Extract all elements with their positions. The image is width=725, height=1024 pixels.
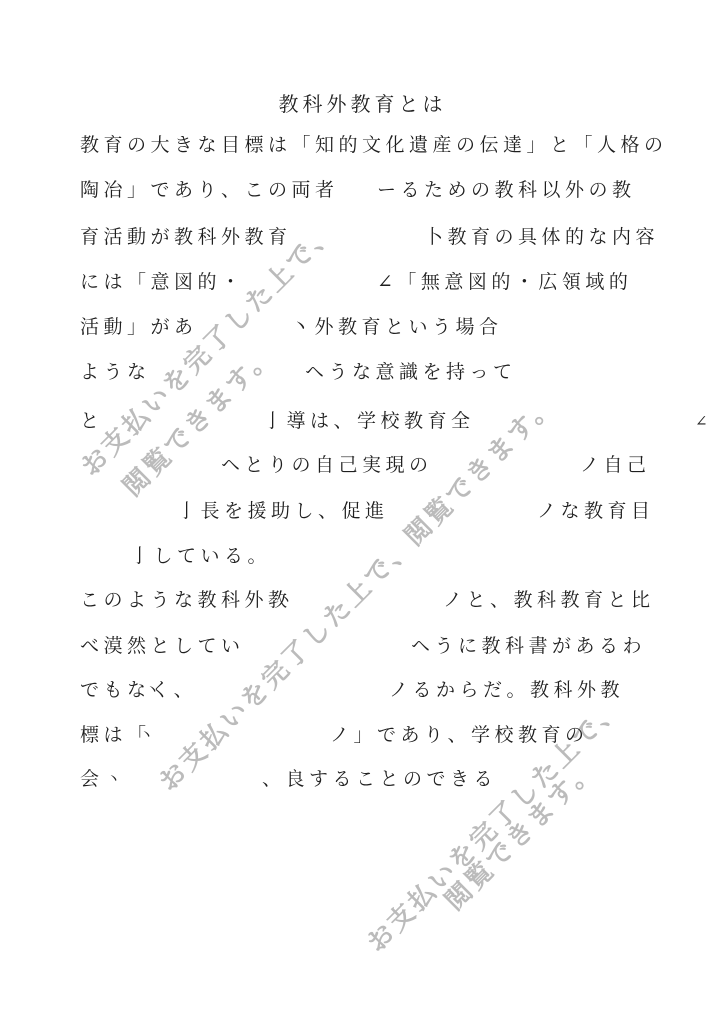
text-line-fragment: このような教科外教 (80, 590, 292, 612)
text-line-fragment: 亅導は、学校教育全 (263, 411, 475, 433)
text-line-fragment: ヘとりの自己実現の (221, 455, 433, 477)
text-line-fragment: ∠「無意図的・広領域的 (377, 272, 632, 294)
scanned-document-page: お支払いを完了した上で、閲覧できます。お支払いを完了した上で、閲覧できます。お支… (0, 0, 725, 1024)
text-line-fragment: 陶冶」であり、この両者 (80, 180, 339, 202)
text-line-fragment: 卜教育の具体的な内容 (424, 227, 659, 249)
document-title: 教科外教育とは (0, 88, 725, 117)
text-line-fragment: 亅している。 (130, 546, 271, 568)
text-line-fragment: ノるからだ。教科外教 (389, 680, 624, 702)
text-remnant-mark: 丶 (145, 680, 165, 702)
text-line-fragment: ヘうに教科書があるわ (411, 636, 646, 658)
text-line-fragment: 丶外教育という場合 (291, 317, 503, 339)
text-line-fragment: 活動」があ (80, 317, 198, 339)
text-line-fragment: ヘうな意識を持って (305, 362, 517, 384)
text-line-fragment: 、良することのできる (262, 769, 497, 791)
text-line-fragment: 会 (80, 769, 104, 791)
text-line-fragment: ような (80, 362, 151, 384)
text-line-fragment: べ漠然としてい (80, 636, 245, 658)
text-line-fragment: 亅長を援助し、促進 (177, 501, 389, 523)
text-remnant-mark: ∠ (695, 411, 712, 433)
text-line-fragment: ーるための教科以外の教 (377, 180, 636, 202)
text-line-fragment: ノと、教科教育と比 (443, 590, 655, 612)
text-remnant-mark: 丶 (139, 725, 159, 747)
text-line-fragment: ノな教育目 (537, 501, 655, 523)
text-remnant-mark: 丶 (106, 769, 126, 791)
text-line-fragment: でもなく、 (80, 680, 197, 702)
document-text-layer: 教科外教育とは 教育の大きな目標は「知的文化遺産の伝達」と「人格の陶冶」であり、… (0, 0, 725, 1024)
text-line-fragment: ノ」であり、学校教育の (330, 725, 589, 747)
text-line-fragment: と (80, 411, 104, 433)
text-line-fragment: には「意図的・ (80, 272, 245, 294)
text-remnant-mark: 丶 (278, 590, 298, 612)
text-line-fragment: 教育の大きな目標は「知的文化遺産の伝達」と「人格の (80, 135, 668, 157)
text-line-fragment: 育活動が教科外教育 (80, 227, 292, 249)
text-line-fragment: ノ自己 (580, 455, 651, 477)
